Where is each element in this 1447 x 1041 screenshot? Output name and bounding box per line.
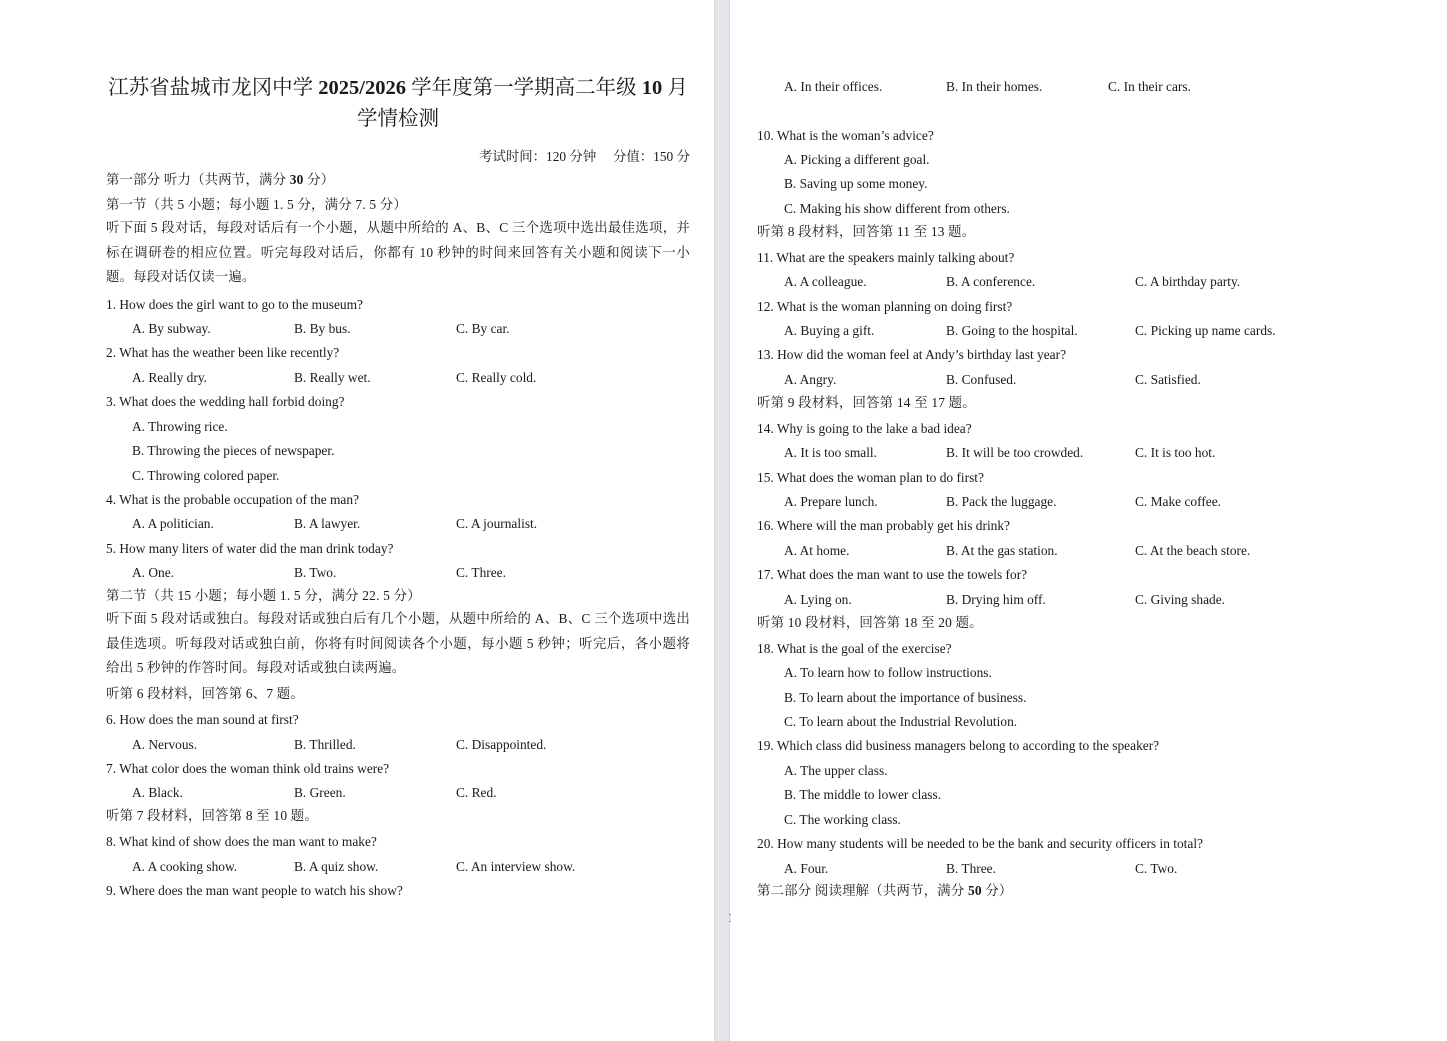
option-c: C. A journalist.: [456, 516, 537, 532]
heading-text: 第二部分 阅读理解（共两节，满分: [757, 883, 968, 898]
option-a: A. Four.: [784, 861, 828, 877]
option-b: B. Drying him off.: [946, 592, 1046, 608]
question-stem: 14. Why is going to the lake a bad idea?: [757, 421, 972, 437]
part1-heading: 第一部分 听力（共两节，满分 30 分）: [106, 172, 334, 188]
option-a: A. To learn how to follow instructions.: [784, 665, 992, 681]
question-stem: 7. What color does the woman think old t…: [106, 761, 389, 777]
question-stem: 8. What kind of show does the man want t…: [106, 834, 377, 850]
option-c: C. An interview show.: [456, 859, 575, 875]
question-stem: 17. What does the man want to use the to…: [757, 567, 1027, 583]
option-a: A. Nervous.: [132, 737, 197, 753]
section1-instructions: 听下面 5 段对话，每段对话后有一个小题，从题中所给的 A、B、C 三个选项中选…: [106, 216, 690, 290]
option-a: A. Lying on.: [784, 592, 852, 608]
option-b: B. A quiz show.: [294, 859, 378, 875]
option-c: C. It is too hot.: [1135, 445, 1215, 461]
title-part: 学年度第一学期高二年级: [406, 77, 642, 99]
option-c: C. Satisfied.: [1135, 372, 1201, 388]
option-b: B. Thrilled.: [294, 737, 356, 753]
section1-heading: 第一节（共 5 小题；每小题 1. 5 分，满分 7. 5 分）: [106, 197, 407, 213]
option-b: B. In their homes.: [946, 79, 1042, 95]
title-part: 月: [662, 77, 688, 99]
option-b: B. At the gas station.: [946, 543, 1058, 559]
option-c: C. Picking up name cards.: [1135, 323, 1276, 339]
option-b: B. The middle to lower class.: [784, 787, 941, 803]
option-a: A. A cooking show.: [132, 859, 237, 875]
option-c: C. By car.: [456, 321, 510, 337]
heading-score: 50: [968, 883, 982, 898]
option-a: A. Buying a gift.: [784, 323, 874, 339]
option-c: C. The working class.: [784, 812, 901, 828]
option-a: A. Really dry.: [132, 370, 207, 386]
option-c: C. Three.: [456, 565, 506, 581]
option-b: B. Saving up some money.: [784, 176, 927, 192]
material-8-heading: 听第 8 段材料，回答第 11 至 13 题。: [757, 224, 975, 240]
option-b: B. Two.: [294, 565, 336, 581]
option-b: B. Really wet.: [294, 370, 371, 386]
option-c: C. Giving shade.: [1135, 592, 1225, 608]
document-title: 江苏省盐城市龙冈中学 2025/2026 学年度第一学期高二年级 10 月: [106, 73, 690, 103]
option-c: C. A birthday party.: [1135, 274, 1240, 290]
material-10-heading: 听第 10 段材料，回答第 18 至 20 题。: [757, 615, 983, 631]
option-c: C. Making his show different from others…: [784, 201, 1010, 217]
document-subtitle: 学情检测: [106, 104, 690, 134]
option-a: A. A colleague.: [784, 274, 867, 290]
question-stem: 4. What is the probable occupation of th…: [106, 492, 359, 508]
exam-meta: 考试时间：120 分钟 分值：150 分: [479, 146, 690, 165]
heading-text: 分）: [982, 883, 1013, 898]
question-stem: 13. How did the woman feel at Andy’s bir…: [757, 347, 1066, 363]
option-a: A. Angry.: [784, 372, 836, 388]
question-stem: 15. What does the woman plan to do first…: [757, 470, 984, 486]
question-stem: 11. What are the speakers mainly talking…: [757, 250, 1014, 266]
option-b: B. By bus.: [294, 321, 351, 337]
option-a: A. Prepare lunch.: [784, 494, 878, 510]
question-stem: 5. How many liters of water did the man …: [106, 541, 393, 557]
option-b: B. Green.: [294, 785, 346, 801]
heading-text: 第一部分 听力（共两节，满分: [106, 172, 290, 187]
option-c: C. Two.: [1135, 861, 1177, 877]
option-a: A. A politician.: [132, 516, 214, 532]
option-b: B. Three.: [946, 861, 996, 877]
option-b: B. Confused.: [946, 372, 1016, 388]
heading-score: 30: [290, 172, 304, 187]
question-stem: 9. Where does the man want people to wat…: [106, 883, 403, 899]
page-left: 江苏省盐城市龙冈中学 2025/2026 学年度第一学期高二年级 10 月 学情…: [0, 0, 714, 1041]
section2-instructions: 听下面 5 段对话或独白。每段对话或独白后有几个小题，从题中所给的 A、B、C …: [106, 607, 690, 681]
material-9-heading: 听第 9 段材料，回答第 14 至 17 题。: [757, 395, 976, 411]
option-a: A. By subway.: [132, 321, 211, 337]
question-stem: 6. How does the man sound at first?: [106, 712, 299, 728]
option-a: A. At home.: [784, 543, 849, 559]
question-stem: 1. How does the girl want to go to the m…: [106, 297, 363, 313]
option-a: A. In their offices.: [784, 79, 882, 95]
question-stem: 16. Where will the man probably get his …: [757, 518, 1010, 534]
question-stem: 12. What is the woman planning on doing …: [757, 299, 1012, 315]
section2-heading: 第二节（共 15 小题；每小题 1. 5 分，满分 22. 5 分）: [106, 588, 421, 604]
title-year: 2025/2026: [318, 77, 406, 99]
option-a: A. Throwing rice.: [132, 419, 228, 435]
option-c: C. Disappointed.: [456, 737, 546, 753]
heading-text: 分）: [304, 172, 335, 187]
option-b: B. Pack the luggage.: [946, 494, 1056, 510]
page-gutter: [714, 0, 730, 1041]
option-b: B. A conference.: [946, 274, 1035, 290]
part2-heading: 第二部分 阅读理解（共两节，满分 50 分）: [757, 883, 1013, 899]
option-b: B. Going to the hospital.: [946, 323, 1078, 339]
option-c: C. Really cold.: [456, 370, 536, 386]
option-a: A. It is too small.: [784, 445, 877, 461]
option-a: A. One.: [132, 565, 174, 581]
question-stem: 2. What has the weather been like recent…: [106, 345, 339, 361]
option-b: B. A lawyer.: [294, 516, 360, 532]
option-c: C. Make coffee.: [1135, 494, 1221, 510]
option-b: B. It will be too crowded.: [946, 445, 1083, 461]
option-c: C. At the beach store.: [1135, 543, 1250, 559]
title-part: 江苏省盐城市龙冈中学: [108, 77, 318, 99]
option-a: A. The upper class.: [784, 763, 888, 779]
option-a: A. Picking a different goal.: [784, 152, 930, 168]
question-stem: 20. How many students will be needed to …: [757, 836, 1203, 852]
page-right: A. In their offices. B. In their homes. …: [731, 0, 1447, 1041]
question-stem: 10. What is the woman’s advice?: [757, 128, 934, 144]
option-c: C. In their cars.: [1108, 79, 1191, 95]
option-c: C. Throwing colored paper.: [132, 468, 279, 484]
question-stem: 3. What does the wedding hall forbid doi…: [106, 394, 345, 410]
title-month: 10: [642, 77, 663, 99]
option-c: C. Red.: [456, 785, 497, 801]
material-6-heading: 听第 6 段材料，回答第 6、7 题。: [106, 686, 304, 702]
option-b: B. Throwing the pieces of newspaper.: [132, 443, 334, 459]
option-a: A. Black.: [132, 785, 183, 801]
question-stem: 18. What is the goal of the exercise?: [757, 641, 952, 657]
option-b: B. To learn about the importance of busi…: [784, 690, 1026, 706]
material-7-heading: 听第 7 段材料，回答第 8 至 10 题。: [106, 808, 318, 824]
option-c: C. To learn about the Industrial Revolut…: [784, 714, 1017, 730]
question-stem: 19. Which class did business managers be…: [757, 738, 1159, 754]
